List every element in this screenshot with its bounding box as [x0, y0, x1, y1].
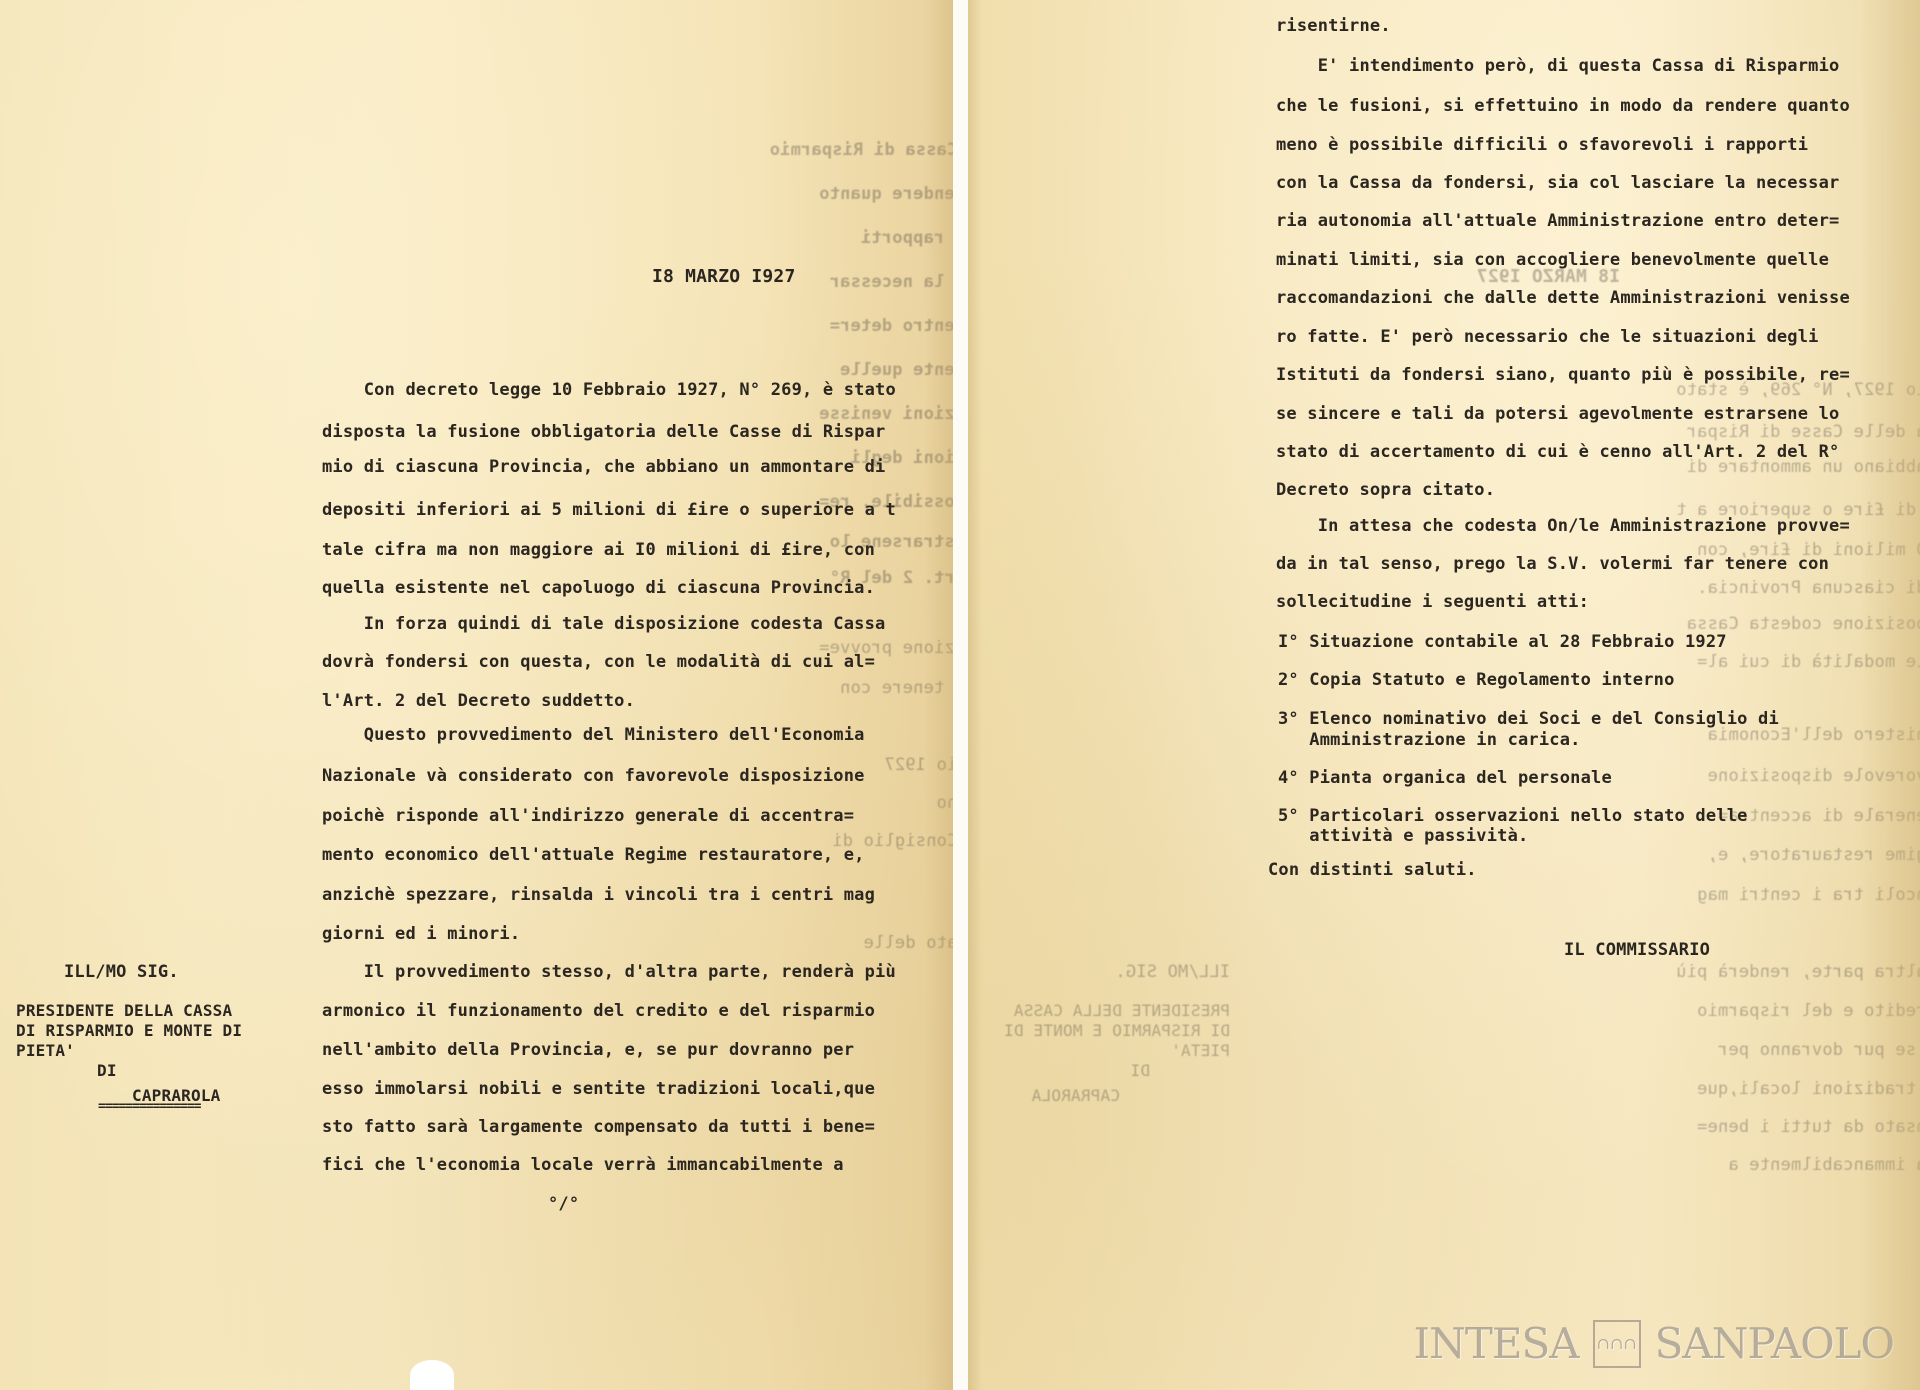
- ghost-line: Questo provvedimento del Ministero dell'…: [1707, 727, 1920, 744]
- body-line: ro fatte. E' però necessario che le situ…: [1276, 329, 1819, 346]
- ghost-line: da in tal senso, prego la S.V. volermi f…: [840, 680, 953, 697]
- ghost-line: Nazionale và considerato con favorevole …: [1707, 768, 1920, 785]
- document-viewer: risentirne. E' intendimento però, di que…: [0, 0, 1920, 1390]
- body-line: che le fusioni, si effettuino in modo da…: [1276, 98, 1850, 115]
- paper-tear: [410, 1360, 454, 1390]
- body-line: Con decreto legge 10 Febbraio 1927, N° 2…: [322, 382, 896, 399]
- ghost-line: mento economico dell'attuale Regime rest…: [1707, 847, 1920, 864]
- ghost-line: poichè risponde all'indirizzo generale d…: [1718, 808, 1920, 825]
- address-line: PRESIDENTE DELLA CASSA: [16, 1003, 232, 1019]
- body-line: mio di ciascuna Provincia, che abbiano u…: [322, 459, 885, 476]
- list-item: 5° Particolari osservazioni nello stato …: [1278, 808, 1748, 825]
- ghost-line: I8 MARZO I927: [1477, 268, 1620, 286]
- bleed-through-front: I8 MARZO I927 Con decreto legge 10 Febbr…: [968, 0, 1920, 1390]
- continuation-mark: °/°: [548, 1196, 579, 1213]
- ghost-line: DI RISPARMIO E MONTE DI: [1004, 1023, 1230, 1039]
- body-line: Nazionale và considerato con favorevole …: [322, 768, 865, 785]
- body-line: In attesa che codesta On/le Amministrazi…: [1276, 518, 1850, 535]
- intesa-sanpaolo-watermark: INTESA ∩∩∩ SANPAOLO: [1414, 1319, 1894, 1368]
- body-line: poichè risponde all'indirizzo generale d…: [322, 808, 854, 825]
- body-line: raccomandazioni che dalle dette Amminist…: [1276, 290, 1850, 307]
- watermark-text: SANPAOLO: [1655, 1319, 1894, 1368]
- body-line: meno è possibile difficili o sfavorevoli…: [1276, 137, 1808, 154]
- page-back: I8 MARZO I927 Con decreto legge 10 Febbr…: [968, 0, 1920, 1390]
- ghost-line: CAPRAROLA: [1032, 1088, 1121, 1104]
- list-item: attività e passività.: [1278, 828, 1528, 845]
- ghost-line: quella esistente nel capoluogo di ciascu…: [1697, 580, 1920, 597]
- body-line: da in tal senso, prego la S.V. volermi f…: [1276, 556, 1829, 573]
- watermark-text: INTESA: [1414, 1319, 1579, 1368]
- list-item: 4° Pianta organica del personale: [1278, 770, 1612, 787]
- address-line: PIETA': [16, 1043, 75, 1059]
- ghost-line: PRESIDENTE DELLA CASSA: [1014, 1003, 1230, 1019]
- body-line: disposta la fusione obbligatoria delle C…: [322, 424, 885, 441]
- list-item: 3° Elenco nominativo dei Soci e del Cons…: [1278, 711, 1779, 728]
- ghost-line: meno è possibile difficili o sfavorevoli…: [861, 230, 953, 247]
- body-line: armonico il funzionamento del credito e …: [322, 1003, 875, 1020]
- ghost-line: fici che l'economia locale verrà immanca…: [1728, 1157, 1920, 1174]
- body-line: E' intendimento però, di questa Cassa di…: [1276, 58, 1839, 75]
- ghost-line: sto fatto sarà largamente compensato da …: [1697, 1119, 1920, 1136]
- list-item: I° Situazione contabile al 28 Febbraio 1…: [1278, 634, 1727, 651]
- ghost-line: nell'ambito della Provincia, e, se pur d…: [1718, 1042, 1920, 1059]
- address-line: DI RISPARMIO E MONTE DI: [16, 1023, 242, 1039]
- ghost-line: raccomandazioni che dalle dette Amminist…: [819, 406, 953, 423]
- logo-arches: ∩∩∩: [1597, 1334, 1637, 1353]
- body-line: esso immolarsi nobili e sentite tradizio…: [322, 1081, 875, 1098]
- ghost-line: disposta la fusione obbligatoria delle C…: [1687, 424, 1920, 441]
- body-line: In forza quindi di tale disposizione cod…: [322, 616, 885, 633]
- ghost-line: ILL/MO SIG.: [1115, 964, 1230, 981]
- ghost-line: 5° Particolari osservazioni nello stato …: [863, 935, 953, 952]
- page-front: risentirne. E' intendimento però, di que…: [0, 0, 953, 1390]
- ghost-line: armonico il funzionamento del credito e …: [1697, 1003, 1920, 1020]
- letter-date: I8 MARZO I927: [652, 268, 795, 286]
- body-line: risentirne.: [1276, 18, 1391, 35]
- ghost-line: minati limiti, sia con accogliere benevo…: [840, 362, 953, 379]
- ghost-line: che le fusioni, si effettuino in modo da…: [819, 186, 953, 203]
- body-line: nell'ambito della Provincia, e, se pur d…: [322, 1042, 854, 1059]
- body-line: se sincere e tali da potersi agevolmente…: [1276, 406, 1839, 423]
- body-line: ria autonomia all'attuale Amministrazion…: [1276, 213, 1839, 230]
- ghost-line: 2° Copia Statuto e Regolamento interno: [936, 795, 953, 812]
- body-line: Decreto sopra citato.: [1276, 482, 1495, 499]
- address-line: DI: [97, 1063, 117, 1079]
- body-line: sto fatto sarà largamente compensato da …: [322, 1119, 875, 1136]
- body-line: depositi inferiori ai 5 milioni di £ire …: [322, 502, 896, 519]
- body-line: dovrà fondersi con questa, con le modali…: [322, 654, 875, 671]
- body-line: fici che l'economia locale verrà immanca…: [322, 1157, 844, 1174]
- bank-logo-icon: ∩∩∩: [1593, 1320, 1641, 1368]
- ghost-line: E' intendimento però, di questa Cassa di…: [770, 142, 953, 159]
- signature-title: IL COMMISSARIO: [1564, 942, 1710, 959]
- body-line: Il provvedimento stesso, d'altra parte, …: [322, 964, 896, 981]
- body-line: minati limiti, sia con accogliere benevo…: [1276, 252, 1829, 269]
- body-line: giorni ed i minori.: [322, 926, 520, 943]
- ghost-line: ria autonomia all'attuale Amministrazion…: [830, 318, 953, 335]
- list-item: 2° Copia Statuto e Regolamento interno: [1278, 672, 1675, 689]
- ghost-line: I° Situazione contabile al 28 Febbraio 1…: [884, 757, 953, 774]
- body-line: stato di accertamento di cui è cenno all…: [1276, 444, 1839, 461]
- body-line: mento economico dell'attuale Regime rest…: [322, 847, 865, 864]
- ghost-line: In forza quindi di tale disposizione cod…: [1687, 616, 1920, 633]
- ghost-line: dovrà fondersi con questa, con le modali…: [1697, 654, 1920, 671]
- body-line: quella esistente nel capoluogo di ciascu…: [322, 580, 875, 597]
- ghost-line: anzichè spezzare, rinsalda i vincoli tra…: [1697, 887, 1920, 904]
- ghost-line: PIETA': [1171, 1043, 1230, 1059]
- body-line: l'Art. 2 del Decreto suddetto.: [322, 693, 635, 710]
- address-underline: ===============: [98, 1100, 200, 1113]
- body-line: anzichè spezzare, rinsalda i vincoli tra…: [322, 887, 875, 904]
- list-item: Amministrazione in carica.: [1278, 732, 1581, 749]
- body-line: sollecitudine i seguenti atti:: [1276, 594, 1589, 611]
- body-line: Istituti da fondersi siano, quanto più è…: [1276, 367, 1850, 384]
- closing-salutation: Con distinti saluti.: [1268, 862, 1477, 879]
- ghost-line: con la Cassa da fondersi, sia col lascia…: [830, 274, 953, 291]
- body-line: con la Cassa da fondersi, sia col lascia…: [1276, 175, 1839, 192]
- ghost-line: esso immolarsi nobili e sentite tradizio…: [1697, 1081, 1920, 1098]
- body-line: tale cifra ma non maggiore ai I0 milioni…: [322, 542, 875, 559]
- ghost-line: Il provvedimento stesso, d'altra parte, …: [1676, 964, 1920, 981]
- address-salutation: ILL/MO SIG.: [64, 964, 179, 981]
- ghost-line: DI: [1130, 1063, 1150, 1079]
- body-line: Questo provvedimento del Ministero dell'…: [322, 727, 865, 744]
